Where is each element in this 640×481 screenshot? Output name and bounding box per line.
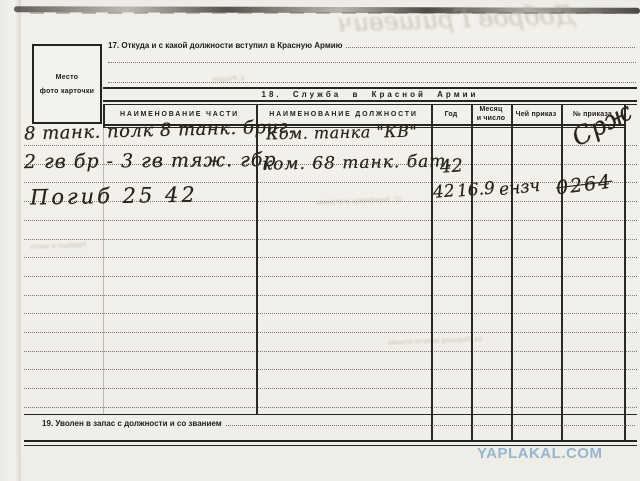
section-17-label: 17. Откуда и с какой должности вступил в… [108,41,342,50]
dotted-rule [108,62,636,63]
section-19-label: 19. Уволен в запас с должности и со зван… [42,419,222,428]
section-17-row: 17. Откуда и с какой должности вступил в… [108,41,637,50]
column-header-line: Месяц [480,106,503,115]
handwriting-year-row3: 42 [432,181,455,203]
table-row-dotted-rule [24,257,637,258]
handwriting-unit-row3: Погиб 25 42 [30,183,198,210]
photo-placeholder-box: Место фото карточки [32,44,102,124]
yaplakal-watermark: YAPLAKAL.COM [477,445,602,462]
handwriting-position-row2: ком. 68 танк. бат. [262,151,453,174]
table-row-dotted-rule [24,276,637,277]
table-rule [103,87,637,89]
handwriting-position-row1: Ком. танка "КВ" [266,122,418,144]
handwriting-year-row2: 42 [439,155,463,178]
table-row-dotted-rule [24,332,637,333]
section-18-title: 18. Служба в Красной Армии [103,90,637,99]
table-column-line [561,104,563,440]
handwriting-order-number-row3: 0264 [555,171,614,200]
table-rule [103,100,637,102]
scanned-military-record-page: Добров Гришевич 2. Раздел 11. Автобиогр.… [0,0,640,481]
table-row-dotted-rule [24,239,637,240]
dotted-rule [108,82,636,83]
table-row-dotted-rule [24,351,637,352]
handwriting-unit-row2: 2 гв бр - 3 гв тяж. гбр [24,149,277,173]
dotted-leader [226,424,635,426]
column-header-3: Год [431,104,471,126]
dotted-leader [346,46,635,48]
column-header-4: Месяци число [471,104,511,126]
column-header-line: Год [445,111,458,120]
bleedthrough-print: Прибыл в часть [30,242,86,251]
table-row-dotted-rule [24,145,637,146]
column-header-5: Чей приказ [511,104,561,126]
table-column-line [511,104,513,440]
table-column-line [624,104,626,440]
photo-box-line2: фото карточки [40,88,94,95]
section-19-row: 19. Уволен в запас с должности и со зван… [42,419,637,428]
table-column-line [471,104,473,440]
photo-box-line1: Место [56,74,79,81]
table-row-dotted-rule [24,220,637,221]
page-left-edge [0,0,21,481]
table-row-dotted-rule [24,295,637,296]
table-rule [24,414,637,415]
table-row-dotted-rule [24,369,637,370]
table-row-dotted-rule [24,388,637,389]
handwriting-order-row3: ензч [498,176,541,200]
column-header-line: и число [477,115,506,124]
handwriting-date-row3: 16.9 [456,178,495,201]
table-rule [24,440,637,442]
bleedthrough-print: 14. Переход вместо отзыва [388,336,483,346]
table-row-dotted-rule [24,407,637,408]
column-header-line: Чей приказ [516,111,557,120]
table-row-dotted-rule [24,313,637,314]
